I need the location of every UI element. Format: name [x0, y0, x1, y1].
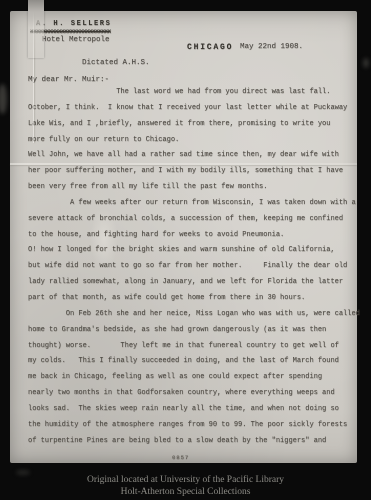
letter-line: October, I think. I know that I received… — [28, 104, 353, 120]
letterhead-city: CHICAGO — [187, 43, 233, 52]
letter-line: more fully on our return to Chicago. — [28, 136, 353, 152]
archive-caption-line: Holt-Atherton Special Collections — [0, 486, 371, 498]
dictation-note: Dictated A.H.S. — [82, 59, 150, 67]
archive-caption-line: Original located at University of the Pa… — [0, 474, 371, 486]
letter-line: A few weeks after our return from Wiscon… — [28, 199, 353, 215]
page-number: 0857 — [172, 454, 189, 461]
letter-line: O! how I longed for the bright skies and… — [28, 246, 353, 262]
letter-line: severe attack of bronchial colds, a succ… — [28, 215, 353, 231]
scan-scratch-mark — [0, 84, 7, 114]
letter-paper: A. H. SELLERS xxxxxxxxxxxxxxxxxxxxxxxxxx… — [10, 11, 357, 463]
letter-line: nearly two months in that Godforsaken co… — [28, 389, 353, 405]
letter-line: of turpentine Pines are being bled to a … — [28, 437, 353, 453]
letter-line: part of that month, as wife could get ho… — [28, 294, 353, 310]
letter-line: been very free from all my life till the… — [28, 183, 353, 199]
archive-caption: Original located at University of the Pa… — [0, 474, 371, 498]
salutation: My dear Mr. Muir:- — [28, 76, 109, 84]
letter-line: to the house, and fighting hard for week… — [28, 231, 353, 247]
letter-line: my colds. This I finally succeeded in do… — [28, 357, 353, 373]
letterhead-sender: A. H. SELLERS — [36, 20, 111, 28]
scan-scratch-mark — [363, 58, 369, 68]
letter-line: thought) worse. They left me in that fun… — [28, 342, 353, 358]
letter-line: her poor suffering mother, and I with my… — [28, 167, 353, 183]
letter-line: On Feb 26th she and her neice, Miss Loga… — [28, 310, 353, 326]
letterhead-hotel: Hotel Metropole — [42, 36, 110, 44]
letter-line: lady rallied somewhat, along in January,… — [28, 278, 353, 294]
letter-line: Lake Wis, and I ,briefly, answered it fr… — [28, 120, 353, 136]
letter-line: The last word we had from you direct was… — [28, 88, 353, 104]
letter-body: The last word we had from you direct was… — [28, 88, 353, 452]
letter-date: May 22nd 1908. — [240, 43, 303, 51]
scan-background: A. H. SELLERS xxxxxxxxxxxxxxxxxxxxxxxxxx… — [0, 0, 371, 500]
tape-mark — [28, 0, 44, 58]
letter-line: me back in Chicago, feeling as well as o… — [28, 373, 353, 389]
fold-crease — [10, 163, 357, 165]
letter-line: the humidity of the atmosphere ranges fr… — [28, 421, 353, 437]
letter-line: home to Grandma's bedside, as she had gr… — [28, 326, 353, 342]
letter-line: looks sad. The skies weep rain nearly al… — [28, 405, 353, 421]
letter-line: but wife did not want to go so far from … — [28, 262, 353, 278]
